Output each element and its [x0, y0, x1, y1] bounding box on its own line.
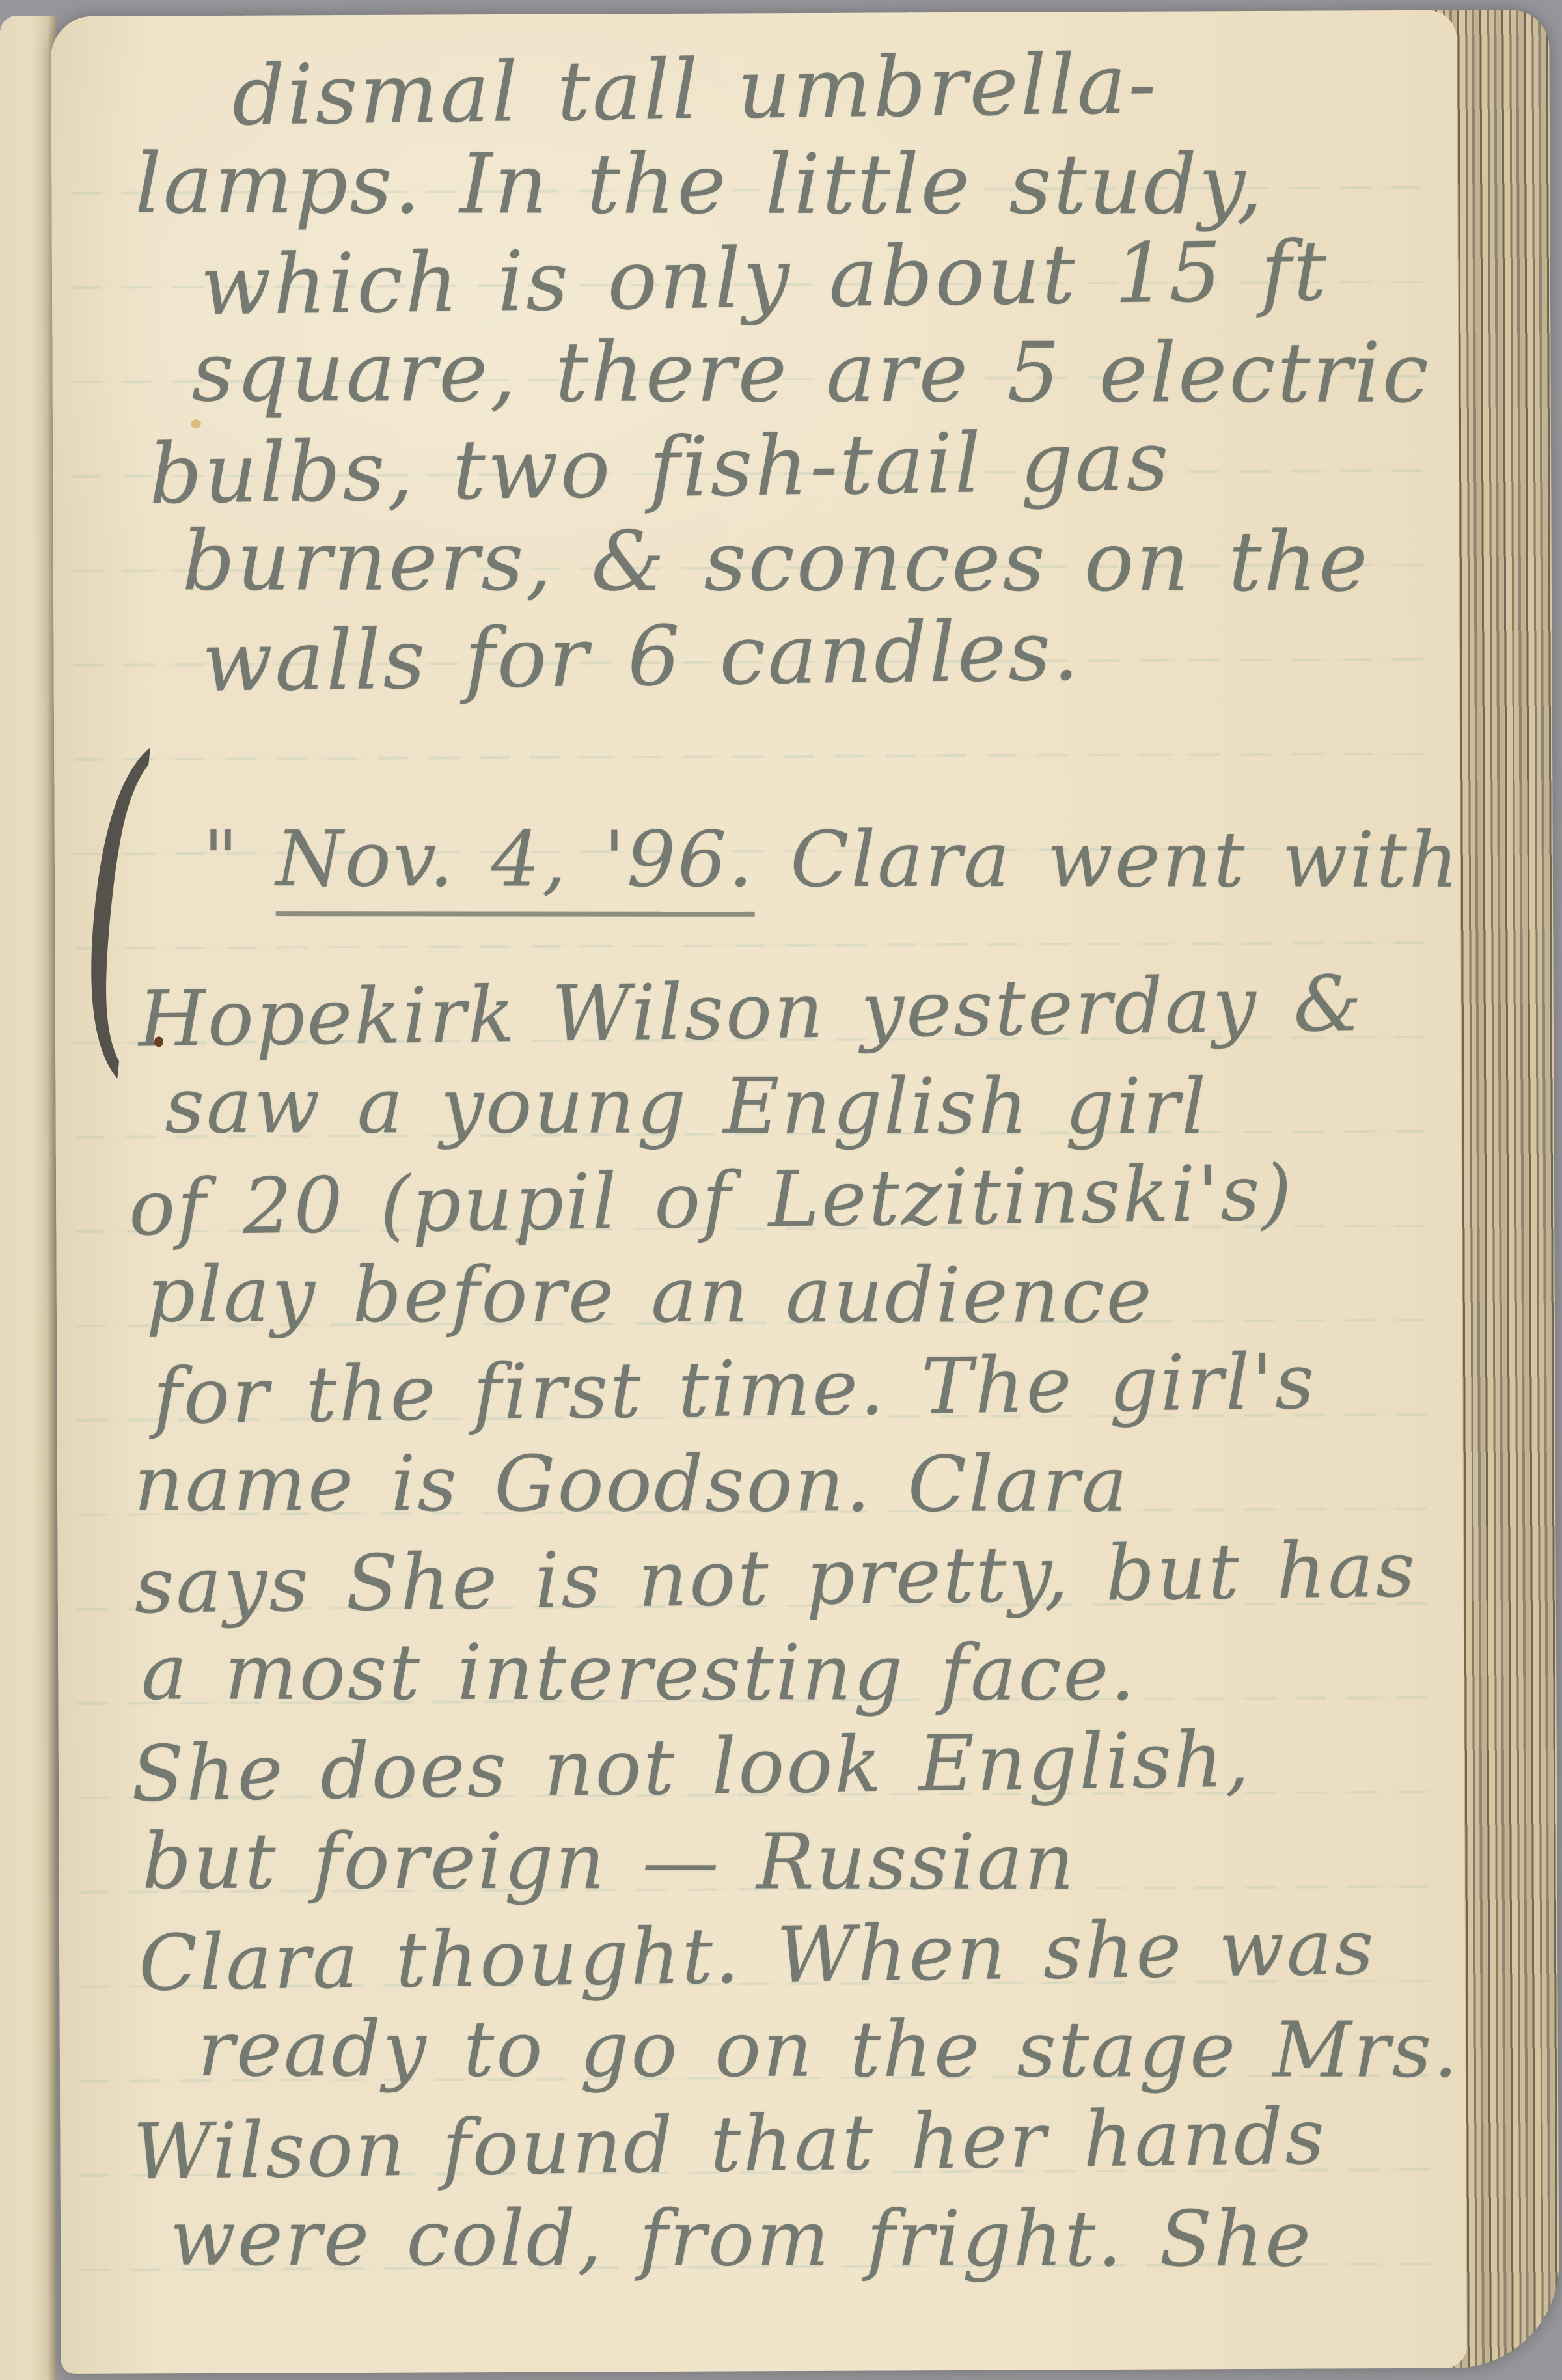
underlined-date: Nov. 4, '96.	[275, 814, 754, 917]
notebook: ( dismal tall umbrella-lamps. In the lit…	[51, 10, 1559, 2374]
paper-stain	[191, 419, 201, 428]
handwritten-line: Clara thought. When she was	[138, 1909, 1376, 2002]
paper-fleck	[154, 1036, 163, 1047]
handwritten-line: saw a young English girl	[165, 1067, 1208, 1144]
handwritten-line: name is Goodson. Clara	[134, 1445, 1129, 1523]
handwritten-line: which is only about 15 ft	[200, 230, 1329, 327]
handwritten-line: were cold, from fright. She	[170, 2200, 1313, 2278]
ruled-lines-layer	[51, 10, 1457, 16]
handwritten-line: but foreign — Russian	[142, 1823, 1076, 1900]
paper-fleck	[515, 1238, 521, 1243]
handwritten-line: ready to go on the stage Mrs.	[198, 2010, 1460, 2088]
handwritten-line: Hopekirk Wilson yesterday &	[138, 965, 1364, 1058]
handwritten-line: " Nov. 4, '96. Clara went with Mrs-	[203, 820, 1467, 898]
handwritten-line: a most interesting face.	[141, 1633, 1137, 1711]
handwritten-line: says She is not pretty, but has	[134, 1530, 1418, 1624]
notebook-page: ( dismal tall umbrella-lamps. In the lit…	[51, 10, 1467, 2374]
handwritten-line: play before an audience	[146, 1256, 1154, 1333]
handwritten-line: walls for 6 candles.	[202, 609, 1082, 704]
handwritten-line: dismal tall umbrella-	[232, 42, 1158, 137]
previous-page-edge	[0, 16, 56, 2380]
handwritten-line: Wilson found that her hands	[133, 2098, 1327, 2191]
handwritten-line: bulbs, two fish-tail gas	[148, 420, 1171, 516]
handwritten-line: burners, & sconces on the	[182, 519, 1370, 603]
ruled-line	[74, 941, 1428, 950]
handwritten-line: lamps. In the little study,	[135, 143, 1265, 227]
handwritten-text: Clara went with Mrs-	[755, 814, 1467, 905]
handwriting-layer: dismal tall umbrella-lamps. In the littl…	[51, 10, 1457, 16]
handwritten-line: for the first time. The girl's	[153, 1343, 1317, 1435]
handwritten-line: square, there are 5 electric	[191, 331, 1431, 415]
scanned-notebook-photo: ( dismal tall umbrella-lamps. In the lit…	[0, 0, 1562, 2380]
handwritten-text: "	[203, 814, 276, 904]
entry-paren-mark: (	[79, 712, 148, 1081]
ruled-line	[74, 753, 1427, 761]
handwritten-line: She does not look English,	[131, 1721, 1252, 1813]
handwritten-line: of 20 (pupil of Letzitinski's)	[128, 1154, 1294, 1246]
